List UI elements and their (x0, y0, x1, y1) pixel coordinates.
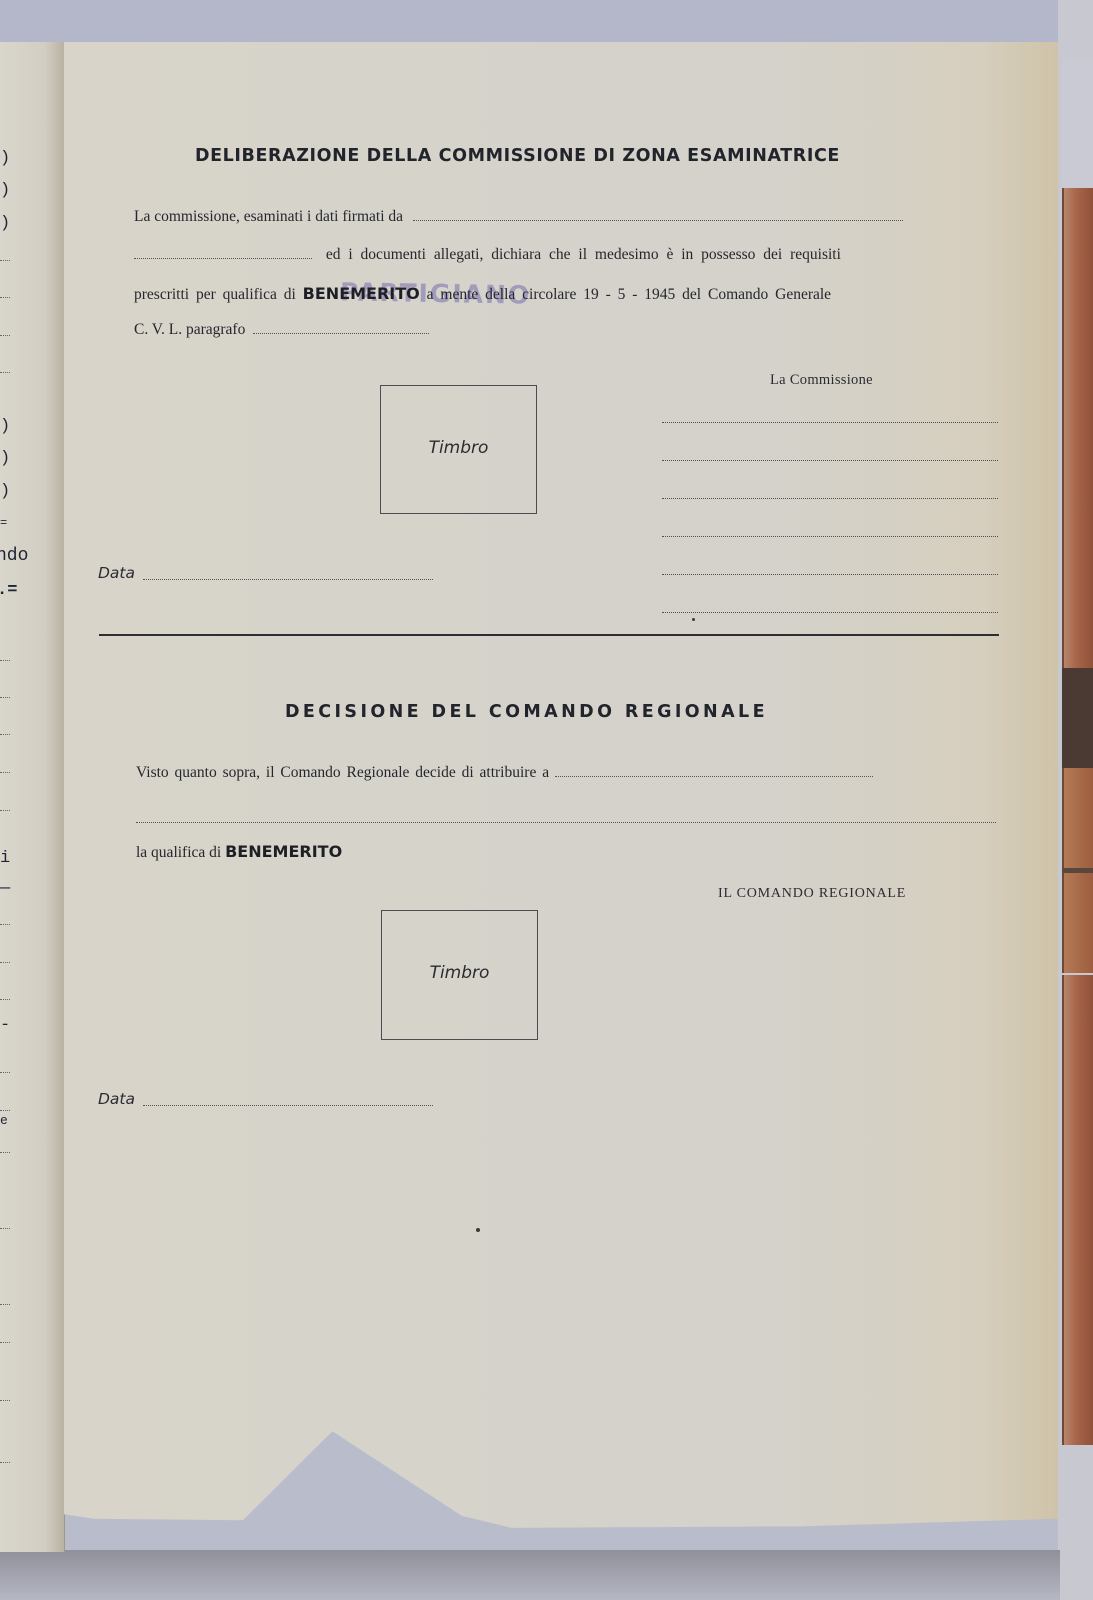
commission-signature-line[interactable] (662, 536, 998, 537)
section1-line1-text: La commissione, esaminati i dati firmati… (134, 208, 403, 225)
section2-line1: Visto quanto sopra, il Comando Regionale… (136, 764, 873, 782)
left-fragment: ) (0, 450, 10, 467)
shadow (0, 1550, 1060, 1600)
signatory-name-continuation-field[interactable] (134, 257, 312, 259)
left-fragment: - (0, 1017, 10, 1034)
commission-signature-line[interactable] (662, 574, 998, 575)
book-edge-4 (1062, 975, 1093, 1445)
section1-line2-text: ed i documenti allegati, dichiara che il… (326, 246, 841, 263)
left-fragment: .= (0, 582, 17, 599)
left-fragment: = (0, 517, 7, 529)
section1-line2: ed i documenti allegati, dichiara che il… (134, 246, 841, 264)
section2-line3: la qualifica di BENEMERITO (136, 842, 342, 862)
signatory-name-field[interactable] (413, 219, 903, 221)
left-dots (0, 1110, 10, 1111)
authority-label: IL COMANDO REGIONALE (718, 886, 906, 902)
stamp-box-label: Timbro (381, 438, 536, 458)
date-field-1[interactable] (143, 578, 433, 580)
left-dots (0, 734, 10, 735)
section2-line1-text: Visto quanto sopra, il Comando Regionale… (136, 764, 549, 781)
commission-label: La Commissione (770, 372, 873, 389)
book-edge-2 (1062, 768, 1093, 868)
left-dots (0, 924, 10, 925)
book-edge-1 (1062, 188, 1093, 668)
paper-hole (211, 1532, 221, 1546)
section1-line3-post: a mente della circolare 19 - 5 - 1945 de… (427, 286, 831, 303)
left-fragment: ) (0, 483, 10, 500)
left-dots (0, 1342, 10, 1343)
commission-signature-line[interactable] (662, 498, 998, 499)
left-dots (0, 1152, 10, 1153)
left-dots (0, 372, 10, 373)
qualification-benemerito: BENEMERITO (303, 284, 420, 303)
left-fragment: ) (0, 418, 10, 435)
left-dots (0, 962, 10, 963)
left-dots (0, 1304, 10, 1305)
cloth-strip (1062, 60, 1093, 190)
left-fragment: e (0, 1114, 8, 1127)
section1-line3: prescritti per qualifica di BENEMERITO a… (134, 284, 831, 304)
paper-speck (692, 618, 695, 621)
paragraph-field[interactable] (253, 332, 429, 334)
left-dots (0, 335, 10, 336)
stamp-box-2: Timbro (381, 910, 538, 1040)
left-dots (0, 660, 10, 661)
stamp-box-1: Timbro (380, 385, 537, 514)
background-surface (0, 0, 1093, 45)
left-fragment: ) (0, 215, 10, 232)
section-divider (99, 634, 999, 636)
section1-line4: C. V. L. paragrafo (134, 321, 429, 339)
left-dots (0, 999, 10, 1000)
section1-line3-pre: prescritti per qualifica di (134, 286, 296, 303)
recipient-name-continuation-field[interactable] (136, 821, 996, 823)
section2-title: DECISIONE DEL COMANDO REGIONALE (285, 702, 768, 722)
left-fragment: ) (0, 182, 10, 199)
left-dots (0, 260, 10, 261)
left-fragment: ndo (0, 547, 28, 565)
left-dots (0, 697, 10, 698)
date-label-1: Data (98, 564, 135, 582)
date-label-2: Data (98, 1090, 135, 1108)
left-fragment: — (0, 880, 10, 897)
recipient-name-field[interactable] (555, 775, 873, 777)
section1-title: DELIBERAZIONE DELLA COMMISSIONE DI ZONA … (195, 146, 840, 166)
date-field-2[interactable] (143, 1104, 433, 1106)
section1-line4-text: C. V. L. paragrafo (134, 321, 245, 338)
left-dots (0, 772, 10, 773)
left-dots (0, 1228, 10, 1229)
form-page: DELIBERAZIONE DELLA COMMISSIONE DI ZONA … (64, 42, 1058, 1552)
commission-signature-line[interactable] (662, 460, 998, 461)
left-dots (0, 1072, 10, 1073)
section1-line1: La commissione, esaminati i dati firmati… (134, 208, 903, 226)
left-dots (0, 1400, 10, 1401)
left-fragment: ) (0, 150, 10, 167)
left-dots (0, 810, 10, 811)
stamp-box-label: Timbro (382, 963, 537, 983)
left-dots (0, 297, 10, 298)
commission-signature-line[interactable] (662, 612, 998, 613)
paper-speck (476, 1228, 480, 1232)
left-page-fragment: ) ) ) ) ) ) = ndo .= i — - e (0, 42, 65, 1552)
left-dots (0, 1462, 10, 1463)
section2-line3-pre: la qualifica di (136, 844, 221, 861)
book-edge-3 (1062, 873, 1093, 973)
qualification-benemerito-2: BENEMERITO (225, 842, 342, 861)
book-gap (1062, 668, 1093, 768)
left-fragment: i (0, 850, 10, 867)
commission-signature-line[interactable] (662, 422, 998, 423)
